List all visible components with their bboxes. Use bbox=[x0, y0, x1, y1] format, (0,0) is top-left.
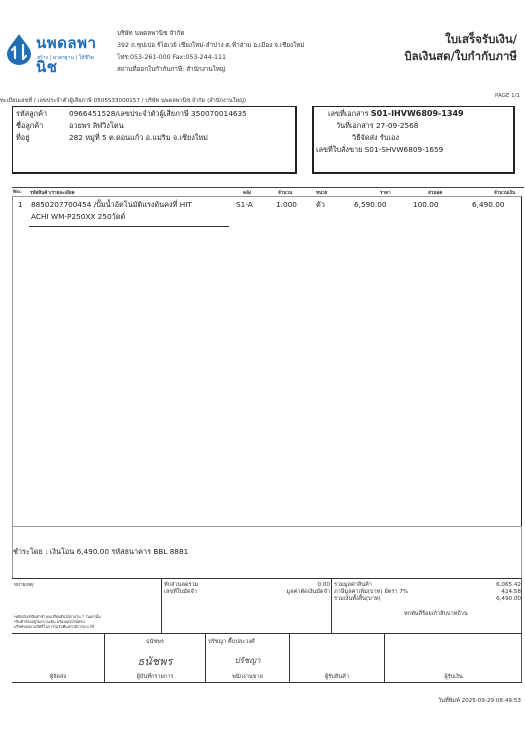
total-discount: 0.00 bbox=[287, 582, 330, 589]
divider bbox=[161, 578, 162, 633]
sales-order-row: เลขที่ใบสั่งขาย S01-SHVW6809-1659 bbox=[316, 145, 443, 156]
item-quantity: 1.000 bbox=[276, 200, 297, 209]
subtotal-value: 6,065.42 bbox=[496, 582, 521, 589]
delivery-row: วิธีจัดส่ง รับเอง bbox=[352, 133, 399, 144]
company-tax-branch: สถานที่ออกใบกำกับภาษี: สำนักงานใหญ่ bbox=[117, 64, 304, 76]
item-underline bbox=[29, 226, 229, 227]
col-no: No. bbox=[13, 190, 22, 195]
remarks-label: หมายเหตุ: bbox=[14, 582, 34, 589]
totals-labels: รวมมูลค่าสินค้า ภาษีมูลค่าเพิ่ม(บาท) อัต… bbox=[334, 582, 408, 603]
remarks-notes: *ผลิตภัณฑ์สินค้าชำรุดเปลี่ยนคืนได้ภายใน … bbox=[14, 615, 154, 631]
document-info-box: เลขที่เอกสาร S01-IHVW6809-1349 วันที่เอก… bbox=[312, 106, 515, 174]
item-warehouse: S1-A bbox=[236, 200, 253, 209]
recorder-name: ธนัชพร bbox=[105, 638, 205, 646]
company-address: 392 ถ.ซุปเปอ ร์ไฮเวย์ เชียงใหม่-ลำปาง ต.… bbox=[117, 40, 304, 52]
sales-signature: ปรัชญา bbox=[206, 654, 289, 667]
items-table-header: No. รหัสสินค้า/รายละเอียด คลัง จำนวน หน่… bbox=[12, 187, 524, 196]
discount-deposit-labels: หักส่วนลดรวม เลขที่ใบมัดจำ bbox=[164, 582, 198, 596]
amount-in-words: หกพันสี่ร้อยเก้าสิบบาทถ้วน bbox=[404, 610, 468, 618]
sales-name: ปรัชญา ตื๊บปละวงศ์ bbox=[206, 638, 289, 646]
recorder-label: ผู้บันทึกรายการ bbox=[105, 673, 205, 681]
items-table-body bbox=[12, 196, 522, 526]
customer-code-row: รหัสลูกค้า0966451528/เลขประจำตัวผู้เสียภ… bbox=[16, 109, 247, 120]
item-unit: ตัว bbox=[316, 200, 325, 211]
doc-date: 27-09-2568 bbox=[376, 121, 418, 130]
doc-number: S01-IHVW6809-1349 bbox=[371, 109, 464, 118]
item-description-line1: 8850207700454 /ปั๊มน้ำอัตโนมัติแรงดันคงท… bbox=[31, 200, 192, 211]
sales-order-number: S01-SHVW6809-1659 bbox=[365, 145, 444, 154]
shipper-signature: ผู้จัดส่ง bbox=[12, 673, 104, 681]
customer-address: 282 หมู่ที่ 5 ต.ดอนแก้ว อ.แม่ริม จ.เชียง… bbox=[69, 133, 208, 142]
company-info: บริษัท นพดลพานิช จำกัด 392 ถ.ซุปเปอ ร์ไฮ… bbox=[117, 28, 304, 76]
totals-values: 6,065.42 424.58 6,490.00 bbox=[496, 582, 521, 603]
registration-line: ทะเบียนเลขที่ / เลขประจำตัวผู้เสียภาษี 0… bbox=[0, 97, 246, 105]
company-logo: นพดลพานิช สร้าง | มาตรฐาน | ให้ชีวิต bbox=[6, 31, 110, 67]
water-drop-icon bbox=[6, 33, 32, 65]
customer-code: 0966451528/เลขประจำตัวผู้เสียภาษี 350070… bbox=[69, 109, 247, 118]
doc-date-row: วันที่เอกสาร 27-09-2568 bbox=[336, 121, 418, 132]
vat-value: 424.58 bbox=[496, 589, 521, 596]
company-phone: โทร:053-261-000 Fax:053-244-111 bbox=[117, 52, 304, 64]
item-description-line2: ACHI WM-P250XX 250วัตต์ bbox=[31, 212, 125, 223]
customer-name-row: ชื่อลูกค้าอวยพร ลิฬวิงโตน bbox=[16, 121, 124, 132]
money-receiver-signature: ผู้รับเงิน bbox=[385, 673, 522, 681]
customer-name: อวยพร ลิฬวิงโตน bbox=[69, 121, 124, 130]
grand-total-value: 6,490.00 bbox=[496, 596, 521, 603]
payment-method: ชำระโดย : เงินโอน 6,490.00 รหัสธนาคาร BB… bbox=[13, 547, 188, 558]
customer-address-row: ที่อยู่282 หมู่ที่ 5 ต.ดอนแก้ว อ.แม่ริม … bbox=[16, 133, 208, 144]
doc-number-row: เลขที่เอกสาร S01-IHVW6809-1349 bbox=[328, 109, 464, 120]
divider bbox=[331, 578, 332, 633]
item-amount: 6,490.00 bbox=[472, 200, 505, 209]
sales-label: พนักงานขาย bbox=[206, 673, 289, 681]
delivery-method: รับเอง bbox=[380, 133, 399, 142]
item-price: 6,590.00 bbox=[354, 200, 387, 209]
item-discount: 100.00 bbox=[413, 200, 439, 209]
goods-receiver-signature: ผู้รับสินค้า bbox=[290, 673, 384, 681]
document-title: ใบเสร็จรับเงิน/ บิลเงินสด/ใบกำกับภาษี bbox=[404, 31, 517, 65]
customer-box: รหัสลูกค้า0966451528/เลขประจำตัวผู้เสียภ… bbox=[12, 106, 297, 174]
page-number: PAGE 1/1 bbox=[495, 93, 520, 99]
item-number: 1 bbox=[18, 200, 23, 209]
discount-deposit-values: 0.00 มูลค่าตัดเงินมัดจำ bbox=[287, 582, 330, 596]
logo-tagline: สร้าง | มาตรฐาน | ให้ชีวิต bbox=[37, 54, 94, 62]
company-name: บริษัท นพดลพานิช จำกัด bbox=[117, 28, 304, 40]
print-date: วันที่พิมพ์ 2025-09-29 08:49:53 bbox=[438, 697, 521, 705]
recorder-signature: ธนัชพร bbox=[105, 652, 205, 670]
